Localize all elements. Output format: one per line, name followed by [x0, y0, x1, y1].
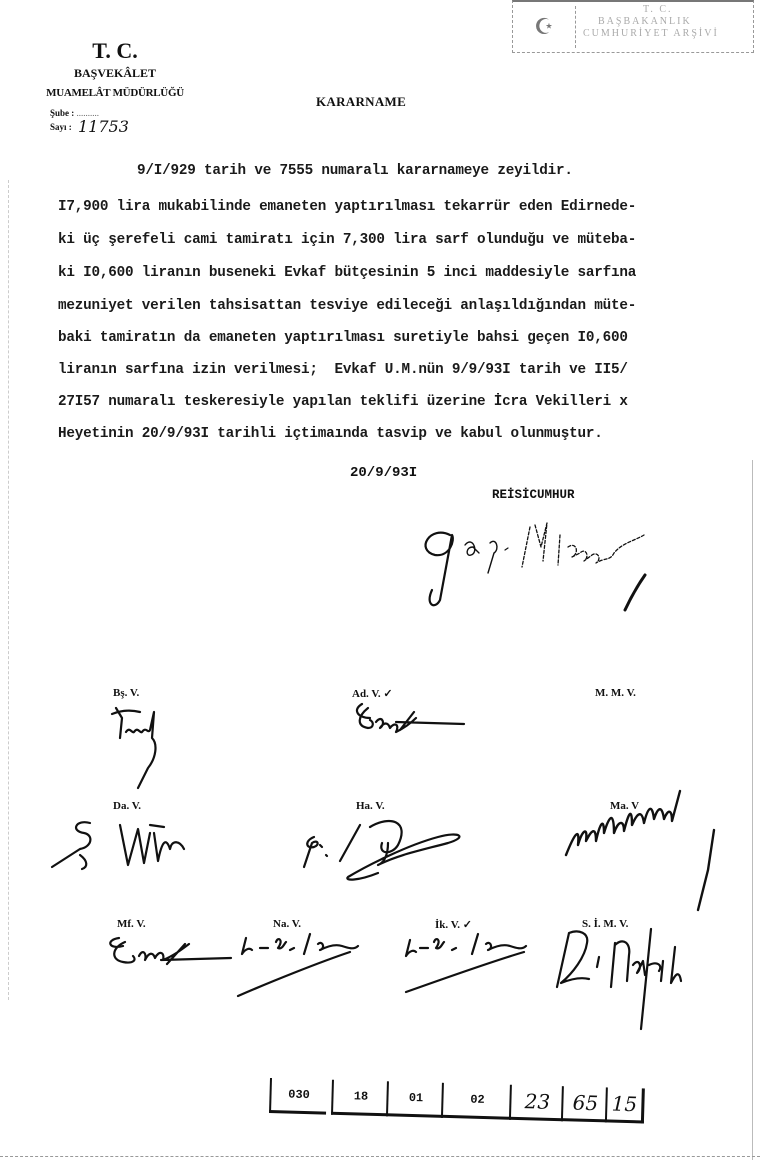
stamp-line: CUMHURİYET ARŞİVİ [583, 28, 719, 40]
archive-code-cell: 23 [509, 1085, 564, 1121]
archive-code-box: 030 18 01 02 23 65 15 [269, 1078, 640, 1128]
stamp-line: T. C. [583, 4, 719, 16]
scan-margin-left [8, 180, 10, 1000]
body-line: ki I0,600 liranın buseneki Evkaf bütçesi… [58, 265, 636, 281]
body-line: 27I57 numaralı teskeresiyle yapılan tekl… [58, 394, 628, 410]
minister-label-da: Da. V. [113, 800, 141, 812]
archive-code-cell: 01 [386, 1081, 444, 1118]
state-heading: T. C. [60, 38, 170, 64]
crescent-star-icon: ☪ [513, 6, 576, 48]
minister-label-ha: Ha. V. [356, 800, 385, 812]
department-heading: MUAMELÂT MÜDÜRLÜĞÜ [15, 87, 215, 99]
body-line: Heyetinin 20/9/93I tarihli içtimaında ta… [58, 426, 603, 442]
body-line: 9/I/929 tarih ve 7555 numaralı kararname… [137, 163, 573, 179]
body-line: liranın sarfına izin verilmesi; Evkaf U.… [58, 362, 628, 378]
document-title: KARARNAME [316, 94, 406, 110]
signature-sim [555, 925, 705, 1035]
signature-ik [400, 930, 560, 1000]
body-line: mezuniyet verilen tahsisattan tesviye ed… [58, 298, 636, 314]
stamp-text: T. C. BAŞBAKANLIK CUMHURİYET ARŞİVİ [583, 4, 719, 40]
minister-label-ad: Ad. V. ✓ [352, 687, 393, 700]
body-line: ki üç şerefeli cami tamiratı için 7,300 … [58, 232, 636, 248]
signature-da [50, 815, 210, 885]
minister-label-bs: Bş. V. [113, 687, 139, 699]
signature-ha [300, 815, 500, 895]
archive-code-cell: 030 [269, 1078, 327, 1115]
decree-date: 20/9/93I [350, 465, 417, 481]
president-signature [410, 505, 710, 615]
number-label: Sayı : [50, 122, 72, 132]
office-heading: BAŞVEKÂLET [40, 66, 190, 81]
body-line: baki tamiratın da emaneten yaptırılması … [58, 330, 628, 346]
signature-na [230, 930, 390, 1000]
archive-stamp: ☪ T. C. BAŞBAKANLIK CUMHURİYET ARŞİVİ [512, 0, 754, 53]
stamp-line: BAŞBAKANLIK [583, 16, 719, 28]
signature-ad [350, 700, 480, 750]
scan-margin-right [752, 460, 754, 1160]
body-line: I7,900 lira mukabilinde emaneten yaptırı… [58, 199, 636, 215]
minister-label-na: Na. V. [273, 918, 301, 930]
branch-label: Şube : [50, 108, 74, 118]
number-value: 11753 [78, 117, 129, 136]
minister-label-mf: Mf. V. [117, 918, 146, 930]
archive-code-cell: 02 [441, 1083, 512, 1120]
minister-label-mm: M. M. V. [595, 687, 636, 699]
signature-mf [105, 930, 245, 990]
signature-bs [108, 702, 198, 782]
signature-ma [560, 810, 730, 920]
archive-code-cell: 18 [331, 1080, 389, 1117]
archive-code-cell: 15 [605, 1087, 645, 1123]
president-label: REİSİCUMHUR [492, 488, 575, 502]
archive-code-cell: 65 [561, 1086, 608, 1122]
scan-bottom-edge [0, 1156, 760, 1159]
